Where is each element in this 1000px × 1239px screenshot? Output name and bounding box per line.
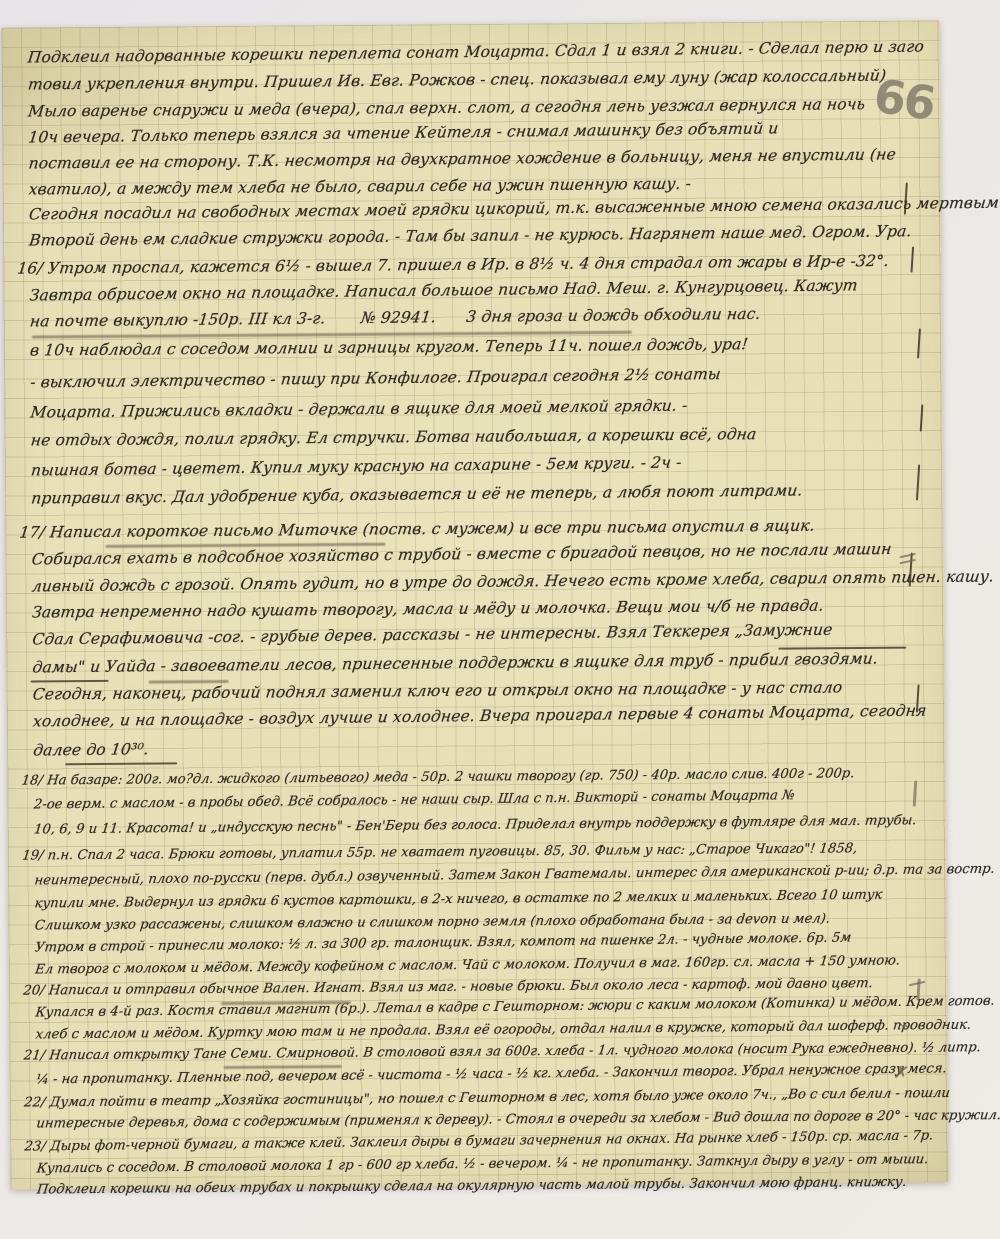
handwriting-line-28: 2-ое верм. с маслом - в пробы обед. Всё … <box>32 788 795 817</box>
handwriting-line-23: дамы" и Уайда - завоеватели лесов, прине… <box>31 650 879 679</box>
handwriting-line-2: товил укрепления внутри. Пришел Ив. Евг.… <box>27 67 887 96</box>
handwriting-line-16: пышная ботва - цветет. Купил муку красну… <box>30 454 683 482</box>
handwriting-line-9: 16/ Утром проспал, кажется 6½ - вышел 7.… <box>16 252 890 280</box>
handwriting-line-4: 10ч вечера. Только теперь взялся за чтен… <box>27 119 779 148</box>
handwriting-line-12: в 10ч наблюдал с соседом молнии и зарниц… <box>29 335 749 361</box>
underline-uaida <box>149 680 229 684</box>
handwriting-line-3: Мыло варенье снаружи и меда (вчера), спа… <box>27 95 866 122</box>
underline-do-10-30 <box>65 762 177 765</box>
margin-stroke-4 <box>920 404 924 431</box>
handwriting-line-5: поставил ее на сторону. Т.К. несмотря на… <box>27 145 897 174</box>
page-number: 66 <box>870 68 937 130</box>
handwriting-line-22: Сдал Серафимовича -сог. - грубые дерев. … <box>31 621 833 651</box>
underline-damy <box>31 680 109 683</box>
handwriting-line-11: на почте выкуплю -150р. III кл 3-г. № 92… <box>29 305 762 333</box>
margin-pencil-stroke-1 <box>913 780 918 806</box>
handwriting-line-15: не отдых дождя, полил грядку. Ел стручки… <box>30 425 758 451</box>
margin-stroke-2 <box>910 247 914 273</box>
handwriting-line-21: Завтра непременно надо кушать творогу, м… <box>31 597 825 624</box>
handwriting-line-8: Второй день ем сладкие стружки города. -… <box>28 222 913 251</box>
handwriting-line-10: Завтра обрисоем окно на площадке. Написа… <box>28 276 858 306</box>
margin-stroke-5 <box>916 464 920 500</box>
handwriting-line-25: холоднее, и на площадке - воздух лучше и… <box>32 702 928 733</box>
handwriting-line-6: хватило), а между тем хлеба не было, сва… <box>28 175 693 201</box>
margin-stroke-3 <box>917 328 921 358</box>
handwriting-line-17: приправил вкус. Дал удобрение куба, оказ… <box>30 481 804 509</box>
handwriting-line-14: Моцарта. Прижились вкладки - держали в я… <box>29 397 688 424</box>
handwriting-line-13: - выключил электричество - пишу при Конф… <box>29 365 722 393</box>
handwriting-line-26: далее до 10³⁰. <box>32 740 150 761</box>
diary-page: Подклеил надорванные корешки переплета с… <box>1 20 948 1189</box>
handwriting-block: Подклеил надорванные корешки переплета с… <box>1 20 939 27</box>
handwriting-line-29: 10, 6, 9 и 11. Красота! и „индусскую пес… <box>33 813 918 842</box>
handwriting-line-1: Подклеил надорванные корешки переплета с… <box>27 38 925 69</box>
handwriting-line-20: ливный дождь с грозой. Опять гудит, но в… <box>31 567 995 597</box>
margin-hash-2 <box>900 559 916 564</box>
handwriting-line-18: 17/ Написал короткое письмо Миточке (пос… <box>18 517 816 544</box>
margin-hash-1 <box>900 553 916 558</box>
